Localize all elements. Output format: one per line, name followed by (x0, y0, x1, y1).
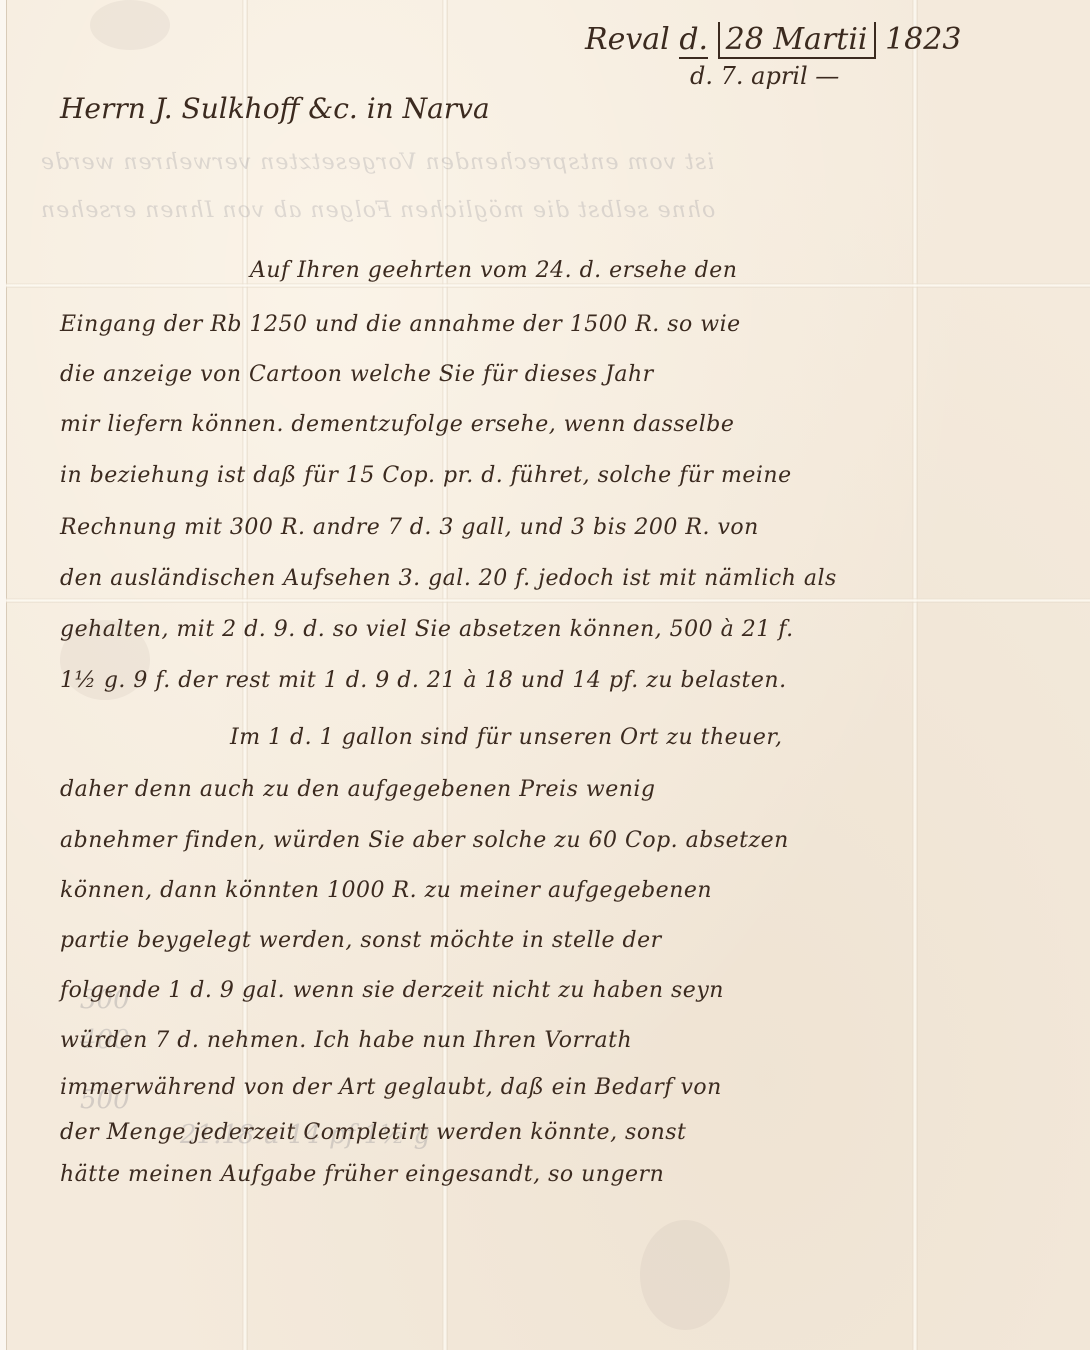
paper-stain (640, 1220, 730, 1330)
fold-line-horizontal (6, 283, 1090, 288)
dateline: Reval d. 28 Martii 1823 (585, 22, 961, 57)
fold-line-vertical (912, 0, 918, 1350)
letter-line: 1½ g. 9 f. der rest mit 1 d. 9 d. 21 à 1… (60, 668, 787, 693)
paper-stain (90, 0, 170, 50)
letter-line: der Menge jederzeit Completirt werden kö… (60, 1120, 686, 1145)
letter-line: Auf Ihren geehrten vom 24. d. ersehe den (250, 258, 737, 283)
addressee-line: Herrn J. Sulkhoff &c. in Narva (60, 92, 490, 125)
letter-line: mir liefern können. dementzufolge ersehe… (60, 412, 734, 437)
letter-line: abnehmer finden, würden Sie aber solche … (60, 828, 789, 853)
letter-line: Eingang der Rb 1250 und die annahme der … (60, 312, 741, 337)
dateline-date: 28 Martii (718, 22, 876, 59)
fold-line-horizontal (6, 598, 1090, 603)
letter-line: den ausländischen Aufsehen 3. gal. 20 f.… (60, 566, 837, 591)
letter-line: würden 7 d. nehmen. Ich habe nun Ihren V… (60, 1028, 632, 1053)
letter-line: partie beygelegt werden, sonst möchte in… (60, 928, 662, 953)
received-date: d. 7. april — (690, 62, 839, 90)
letter-line: hätte meinen Aufgabe früher eingesandt, … (60, 1162, 664, 1187)
dateline-year: 1823 (885, 22, 961, 57)
letter-line: daher denn auch zu den aufgegebenen Prei… (60, 777, 656, 802)
letter-line: gehalten, mit 2 d. 9. d. so viel Sie abs… (60, 617, 794, 642)
letter-line: Im 1 d. 1 gallon sind für unseren Ort zu… (230, 725, 782, 750)
dateline-place: Reval (585, 22, 670, 57)
bleed-through-text: ist vom entsprechenden Vorgesetzten verw… (40, 150, 714, 175)
letter-line: immerwährend von der Art geglaubt, daß e… (60, 1075, 722, 1100)
letter-line: Rechnung mit 300 R. andre 7 d. 3 gall, u… (60, 515, 759, 540)
letter-line: in beziehung ist daß für 15 Cop. pr. d. … (60, 463, 792, 488)
bleed-through-text: ohne selbst die möglichen Folgen ab von … (40, 198, 715, 223)
dateline-prefix: d. (679, 22, 708, 59)
letter-line: können, dann könnten 1000 R. zu meiner a… (60, 878, 712, 903)
letter-line: die anzeige von Cartoon welche Sie für d… (60, 362, 654, 387)
letter-line: folgende 1 d. 9 gal. wenn sie derzeit ni… (60, 978, 724, 1003)
